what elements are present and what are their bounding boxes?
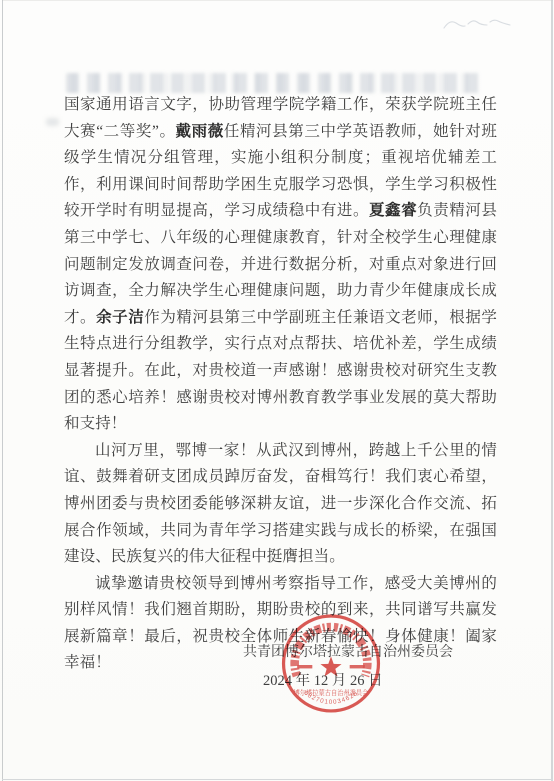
page-edge-right bbox=[551, 0, 553, 781]
person-name: 余子洁 bbox=[96, 309, 144, 326]
scan-smudge bbox=[46, 118, 59, 126]
person-name: 戴雨薇 bbox=[176, 123, 224, 140]
seal-script-bar-right bbox=[350, 665, 365, 668]
text-run: 山河万里，鄂博一家！从武汉到博州，跨越上千公里的情谊、鼓舞着研支团成员踔厉奋发，… bbox=[64, 442, 497, 565]
page-edge-top bbox=[2, 0, 553, 1]
text-run: 作为精河县第三中学副班主任兼语文老师，根据学生特点进行分组教学，实行点对点帮扶、… bbox=[64, 309, 497, 432]
letter-body: 国家通用语言文字，协助管理学院学籍工作，荣获学院班主任大赛“二等奖”。戴雨薇任精… bbox=[64, 92, 497, 677]
seal-star-icon bbox=[320, 656, 341, 676]
person-name: 夏鑫睿 bbox=[369, 202, 417, 219]
scanned-letter-page: 国家通用语言文字，协助管理学院学籍工作，荣获学院班主任大赛“二等奖”。戴雨薇任精… bbox=[0, 0, 554, 781]
paragraph-friendship: 山河万里，鄂博一家！从武汉到博州，跨越上千公里的情谊、鼓舞着研支团成员踔厉奋发，… bbox=[64, 438, 497, 571]
paragraph-achievements: 国家通用语言文字，协助管理学院学籍工作，荣获学院班主任大赛“二等奖”。戴雨薇任精… bbox=[64, 92, 497, 438]
page-edge-left bbox=[2, 0, 3, 781]
seal-script-bar-left bbox=[297, 665, 312, 668]
official-red-seal: 博尔塔拉蒙古自治州委员会 6527010034628 bbox=[279, 613, 383, 717]
page-edge-bottom bbox=[2, 779, 553, 780]
text-run: 负责精河县第三中学七、八年级的心理健康教育，针对全校学生心理健康问题制定发放调查… bbox=[64, 202, 497, 325]
faint-handwriting-mark bbox=[438, 12, 522, 40]
bleed-through-text-ghost bbox=[66, 73, 480, 93]
